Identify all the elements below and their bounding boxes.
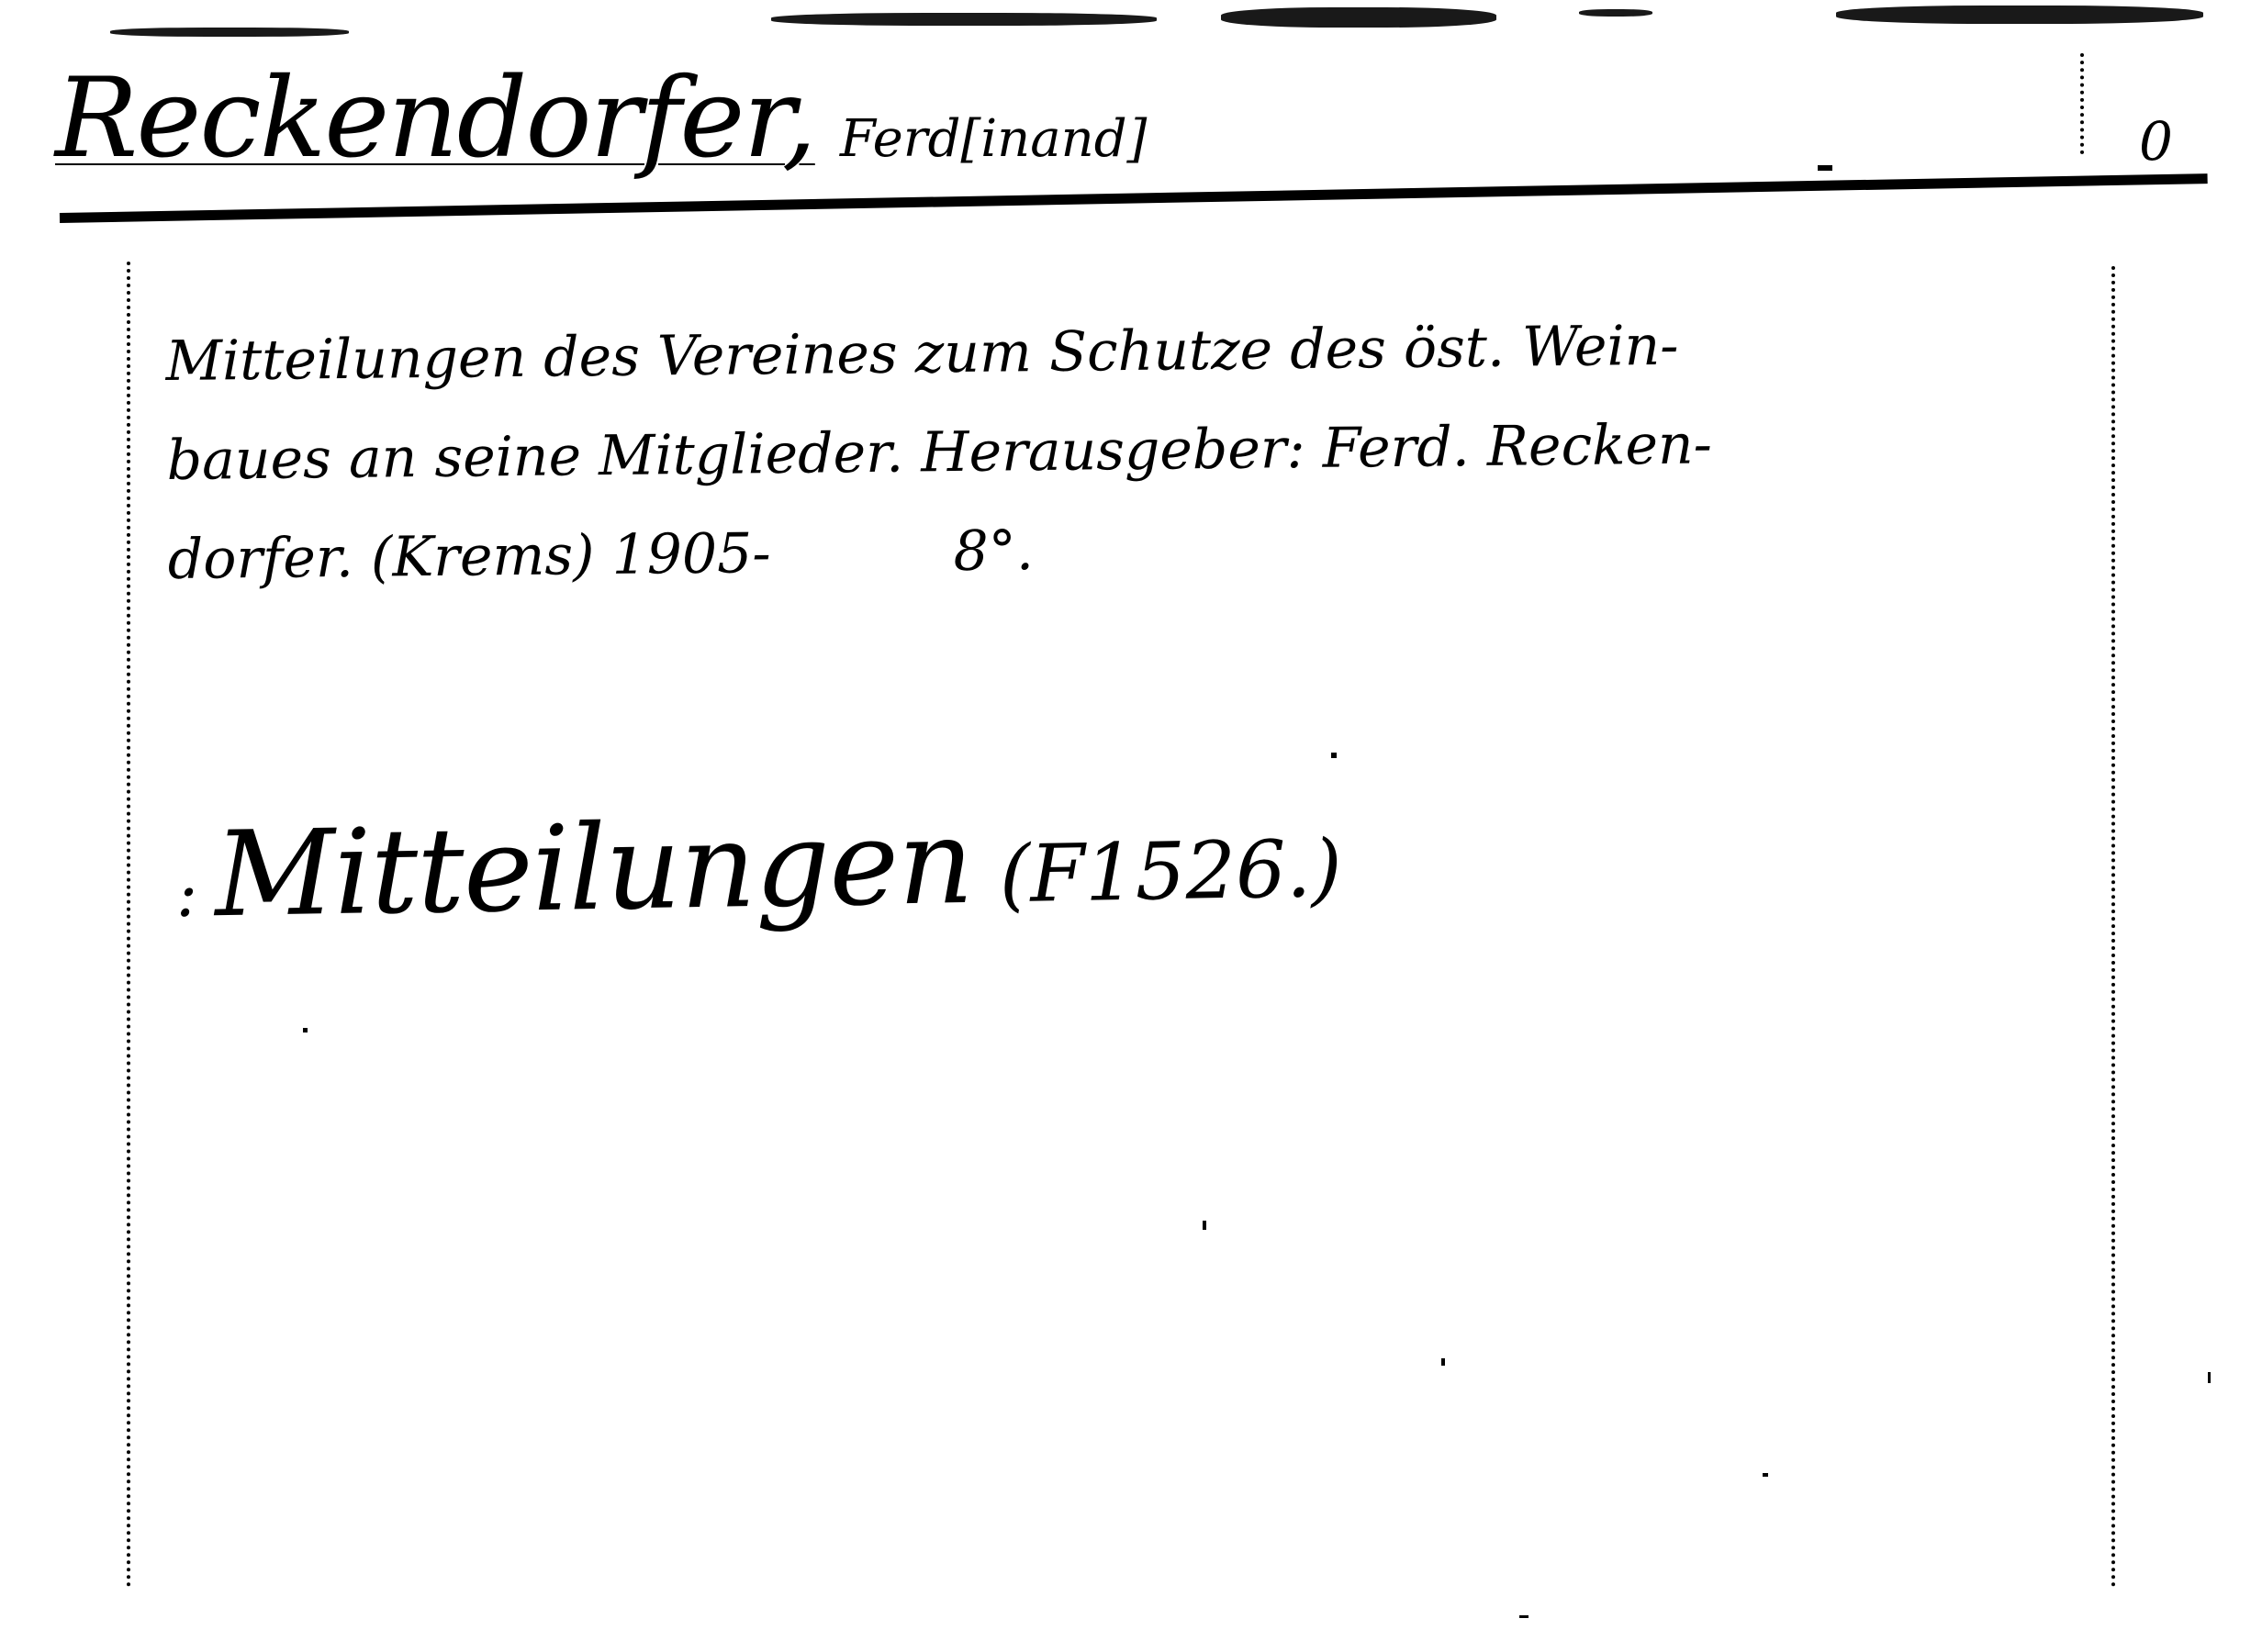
right-margin-dotted-rule-top <box>2080 53 2084 154</box>
card-heading: Reckendorfer, Ferd[inand] <box>55 55 1147 183</box>
cross-reference-marker: : <box>175 856 198 932</box>
scan-speck <box>2208 1372 2211 1383</box>
scan-speck <box>303 1028 308 1032</box>
bibliographic-description: Mitteilungen des Vereines zum Schutze de… <box>165 292 2114 609</box>
cross-reference: : Mitteilungen (F1526.) <box>174 787 1343 944</box>
scan-speck <box>1519 1615 1529 1618</box>
scan-speck <box>1203 1221 1206 1230</box>
author-surname: Reckendorfer, <box>55 55 815 183</box>
author-forename: Ferd[inand] <box>840 109 1148 169</box>
scan-edge-artifact <box>771 13 1157 26</box>
shelf-signature: (F1526.) <box>999 823 1343 921</box>
scan-speck <box>1331 753 1337 758</box>
scan-speck <box>1818 165 1832 171</box>
format-size: 8°. <box>953 519 1034 584</box>
scan-edge-artifact <box>1836 6 2203 24</box>
scan-speck <box>1441 1358 1445 1366</box>
description-line-3: dorfer. (Krems) 1905- 8°. <box>167 490 2114 609</box>
scan-speck <box>1763 1473 1768 1477</box>
cross-reference-title: Mitteilungen <box>214 794 974 943</box>
scan-edge-artifact <box>1221 7 1496 28</box>
scan-edge-artifact <box>110 28 349 37</box>
imprint: dorfer. (Krems) 1905- <box>167 521 770 592</box>
card-number: 0 <box>2139 110 2173 173</box>
scan-edge-artifact <box>1579 9 1652 17</box>
left-margin-dotted-rule <box>127 262 130 1588</box>
